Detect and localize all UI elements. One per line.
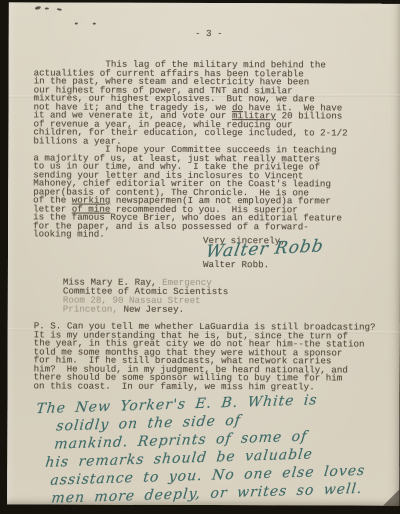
ink-speck <box>93 23 96 25</box>
body-paragraph-1: This lag of the military mind behind the… <box>33 60 348 146</box>
scanned-letter-page: - 3 - This lag of the military mind behi… <box>0 0 400 514</box>
recipient-address: Miss Mary E. Ray, EmergencyCommittee of … <box>63 278 229 315</box>
body-paragraph-2: I hope your Committee succeeds in teachi… <box>33 145 348 240</box>
page-number: - 3 - <box>171 30 247 39</box>
paper-corner-shadow <box>383 490 399 506</box>
letter-paper: - 3 - This lag of the military mind behi… <box>7 2 400 505</box>
typed-signature-name: Walter Robb. <box>203 261 269 270</box>
letter-body: This lag of the military mind behind the… <box>33 60 348 240</box>
ink-speck <box>57 8 62 11</box>
ink-speck <box>45 7 49 9</box>
handwritten-note: The New Yorker's E. B. White issolidly o… <box>26 389 375 508</box>
ink-speck <box>75 23 78 25</box>
ink-speck <box>35 6 42 10</box>
postscript: P. S. Can you tell me whether LaGuardia … <box>34 322 376 391</box>
text-line: Princeton, New Jersey. <box>63 305 228 315</box>
